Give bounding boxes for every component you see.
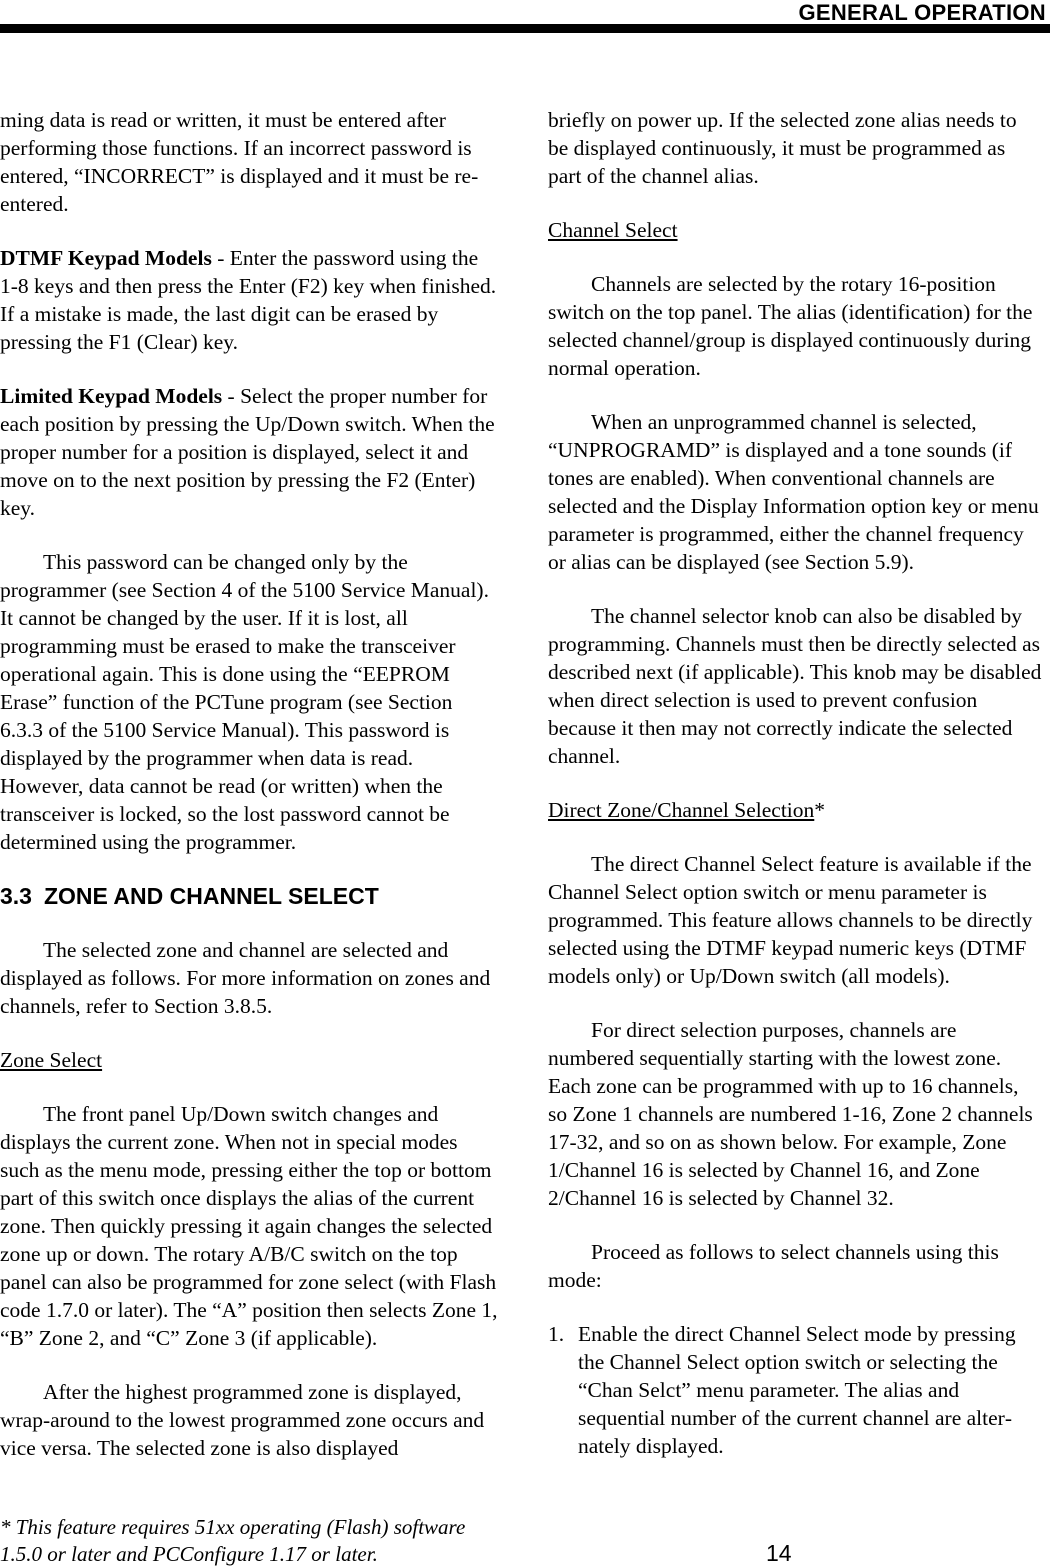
list-item-number: 1. (548, 1320, 578, 1460)
paragraph-channel-3: The channel selector knob can also be di… (548, 602, 1042, 770)
page-number: 14 (766, 1540, 792, 1567)
paragraph-direct-2: For direct selection purposes, channels … (548, 1016, 1042, 1212)
left-column: ming data is read or written, it must be… (0, 106, 500, 1488)
section-title: ZONE AND CHANNEL SELECT (44, 883, 379, 909)
list-item-1: 1.Enable the direct Channel Select mode … (548, 1320, 1042, 1460)
header-rule (0, 24, 1050, 33)
limited-keypad-lead: Limited Keypad Models (0, 384, 222, 408)
section-heading-3-3: 3.3ZONE AND CHANNEL SELECT (0, 882, 500, 910)
list-item-text: Enable the direct Channel Select mode by… (578, 1320, 1042, 1460)
right-column: briefly on power up. If the selected zon… (548, 106, 1042, 1486)
page-header-title: GENERAL OPERATION (798, 0, 1046, 26)
paragraph-channel-1: Channels are selected by the rotary 16-p… (548, 270, 1042, 382)
paragraph-zone-select-2: After the highest programmed zone is dis… (0, 1378, 500, 1462)
section-number: 3.3 (0, 883, 32, 909)
manual-page: GENERAL OPERATION ming data is read or w… (0, 0, 1050, 1568)
paragraph-continuation: ming data is read or written, it must be… (0, 106, 500, 218)
paragraph-proceed: Proceed as follows to select channels us… (548, 1238, 1042, 1294)
paragraph-limited-keypad: Limited Keypad Models - Select the prope… (0, 382, 500, 522)
footnote-line-1: * This feature requires 51xx operating (… (0, 1514, 540, 1541)
subheading-direct-zone-channel: Direct Zone/Channel Selection* (548, 796, 1042, 824)
paragraph-dtmf-keypad: DTMF Keypad Models - Enter the password … (0, 244, 500, 356)
paragraph-direct-1: The direct Channel Select feature is ava… (548, 850, 1042, 990)
footnote: * This feature requires 51xx operating (… (0, 1514, 540, 1568)
paragraph-zone-intro: The selected zone and channel are select… (0, 936, 500, 1020)
paragraph-zone-select-1: The front panel Up/Down switch changes a… (0, 1100, 500, 1352)
paragraph-channel-2: When an unprogrammed channel is selected… (548, 408, 1042, 576)
paragraph-password: This password can be changed only by the… (0, 548, 500, 856)
subheading-channel-select: Channel Select (548, 216, 1042, 244)
dtmf-keypad-lead: DTMF Keypad Models (0, 246, 212, 270)
footnote-line-2: 1.5.0 or later and PCConfigure 1.17 or l… (0, 1541, 540, 1568)
subheading-zone-select: Zone Select (0, 1046, 500, 1074)
paragraph-continuation-right: briefly on power up. If the selected zon… (548, 106, 1042, 190)
footnote-asterisk-marker: * (814, 798, 825, 822)
